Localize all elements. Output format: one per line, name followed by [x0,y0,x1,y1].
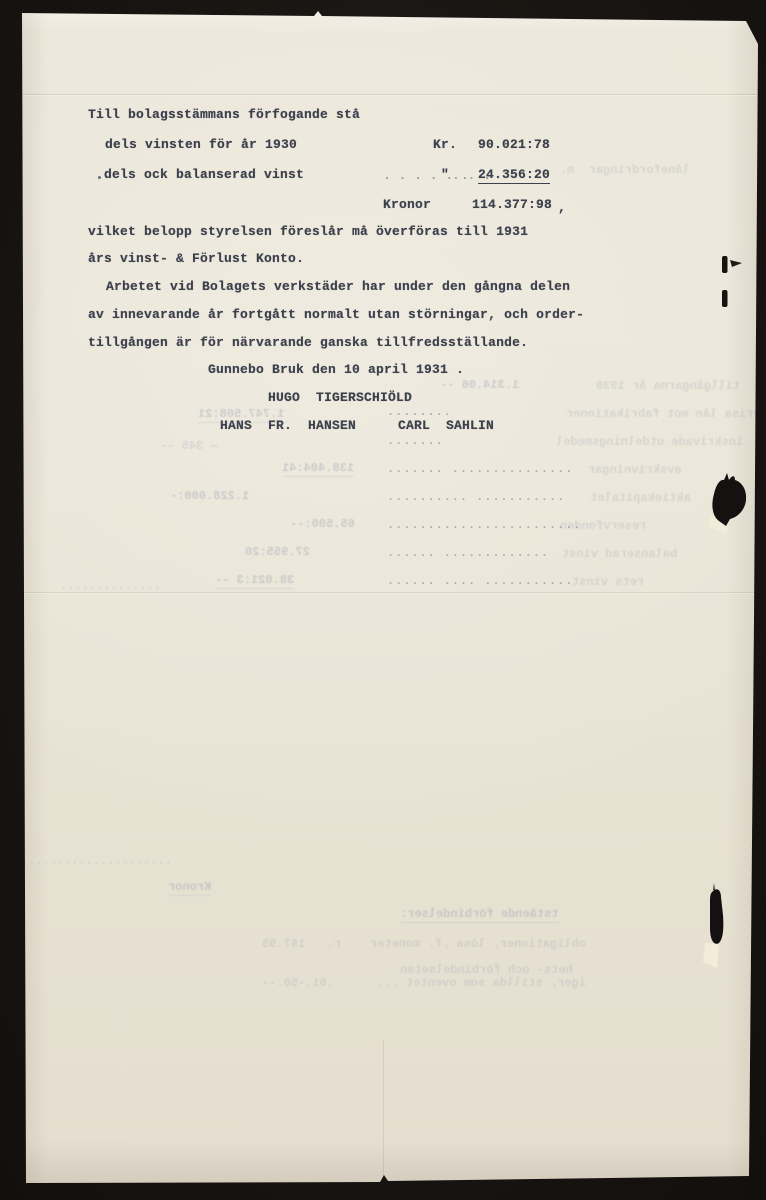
ghost-word: vrisa lån mot fabrikationer [566,406,760,422]
profit-row-amount: 90.021:78 [478,136,550,154]
ghost-dotted-fragment: .................... [28,853,172,869]
dotted-leader-row: ....... ............... [387,461,573,477]
dotted-leader-row: .......... ........... [387,489,565,505]
document-page: lånefordringar m. Till bolagsstämmans fö… [0,0,766,1200]
ghost-number: 1.747.508:21 [198,406,284,423]
paragraph2-line1: Arbetet vid Bolagets verkstäder har unde… [106,278,570,296]
ghost-number: 65.500:-- [290,516,355,532]
staple-icon [718,253,748,313]
dotted-leader-row: ....... [387,433,444,449]
ghost-word: inskrivade utdelningsmedel [556,434,743,450]
ghost-number: 1.228.000:- [170,488,249,504]
dateline: Gunnebo Bruk den 10 april 1931 . [208,361,464,379]
ink-streak-icon [700,880,730,972]
ghost-number: 38.021:3 -- [215,572,294,589]
ghost-number: — 345 -- [160,438,218,454]
ghost-word: reservfonden [560,518,646,534]
ghost-word: rets vinst [572,574,644,590]
ghost-line: obligationer, lösa ,f. moneter r. 167.95 [262,936,586,952]
ghost-word: tillgångarna år 1930 [596,378,740,394]
ghost-word: balanserad vinst [562,546,677,562]
ghost-word: avskrivningar [588,462,682,478]
total-row-amount: 114.377:98 [472,196,552,214]
paragraph2-line3: tillgången är för närvarande ganska till… [88,334,528,352]
ghost-number: 27.955:20 [245,544,310,560]
total-row-comma: , [558,199,566,217]
fold-crease-bottom [383,1040,384,1180]
ghost-word: aktiekapitalet [590,490,691,506]
dotted-leader-row: ........ [387,404,452,420]
stray-ink-dot [98,176,101,179]
balance-row-amount: 24.356:20 [478,166,550,184]
ghost-dotted-fragment: .............. [60,578,161,594]
fold-crease-top [22,94,758,96]
ghost-kronor: Kronor [168,879,211,896]
ghost-heading: tstående förbindelser: [400,906,558,923]
paragraph1-line2: års vinst- & Förlust Konto. [88,250,304,268]
profit-row-label: dels vinsten för år 1930 [105,136,297,154]
ditto-mark: " [441,166,449,184]
total-row-label: Kronor [383,196,431,214]
balance-row-label: dels ock balanserad vinst [104,166,304,184]
ghost-bleedthrough-text: lånefordringar m. [560,162,690,178]
paragraph1-line1: vilket belopp styrelsen föreslår må över… [88,223,528,241]
dotted-leader-row: ...... .... ........... [387,573,573,589]
ink-blot-icon [704,470,752,536]
dotted-leader-row: ...... ............. [387,545,549,561]
archive-photo: lånefordringar m. Till bolagsstämmans fö… [0,0,766,1200]
ghost-line: iger, stillda som oventet ... .01.-50.-- [262,975,586,991]
profit-row-currency: Kr. [433,136,457,154]
paragraph2-line2: av innevarande år fortgått normalt utan … [88,306,584,324]
underlined-amount: 24.356:20 [478,167,550,184]
ghost-number: 138.404:41 [282,460,354,477]
dotted-leader-row: ........................ [387,517,581,533]
ghost-number: 1.314.06 -- [440,377,519,393]
intro-line: Till bolagsstämmans förfogande stå [88,106,360,124]
